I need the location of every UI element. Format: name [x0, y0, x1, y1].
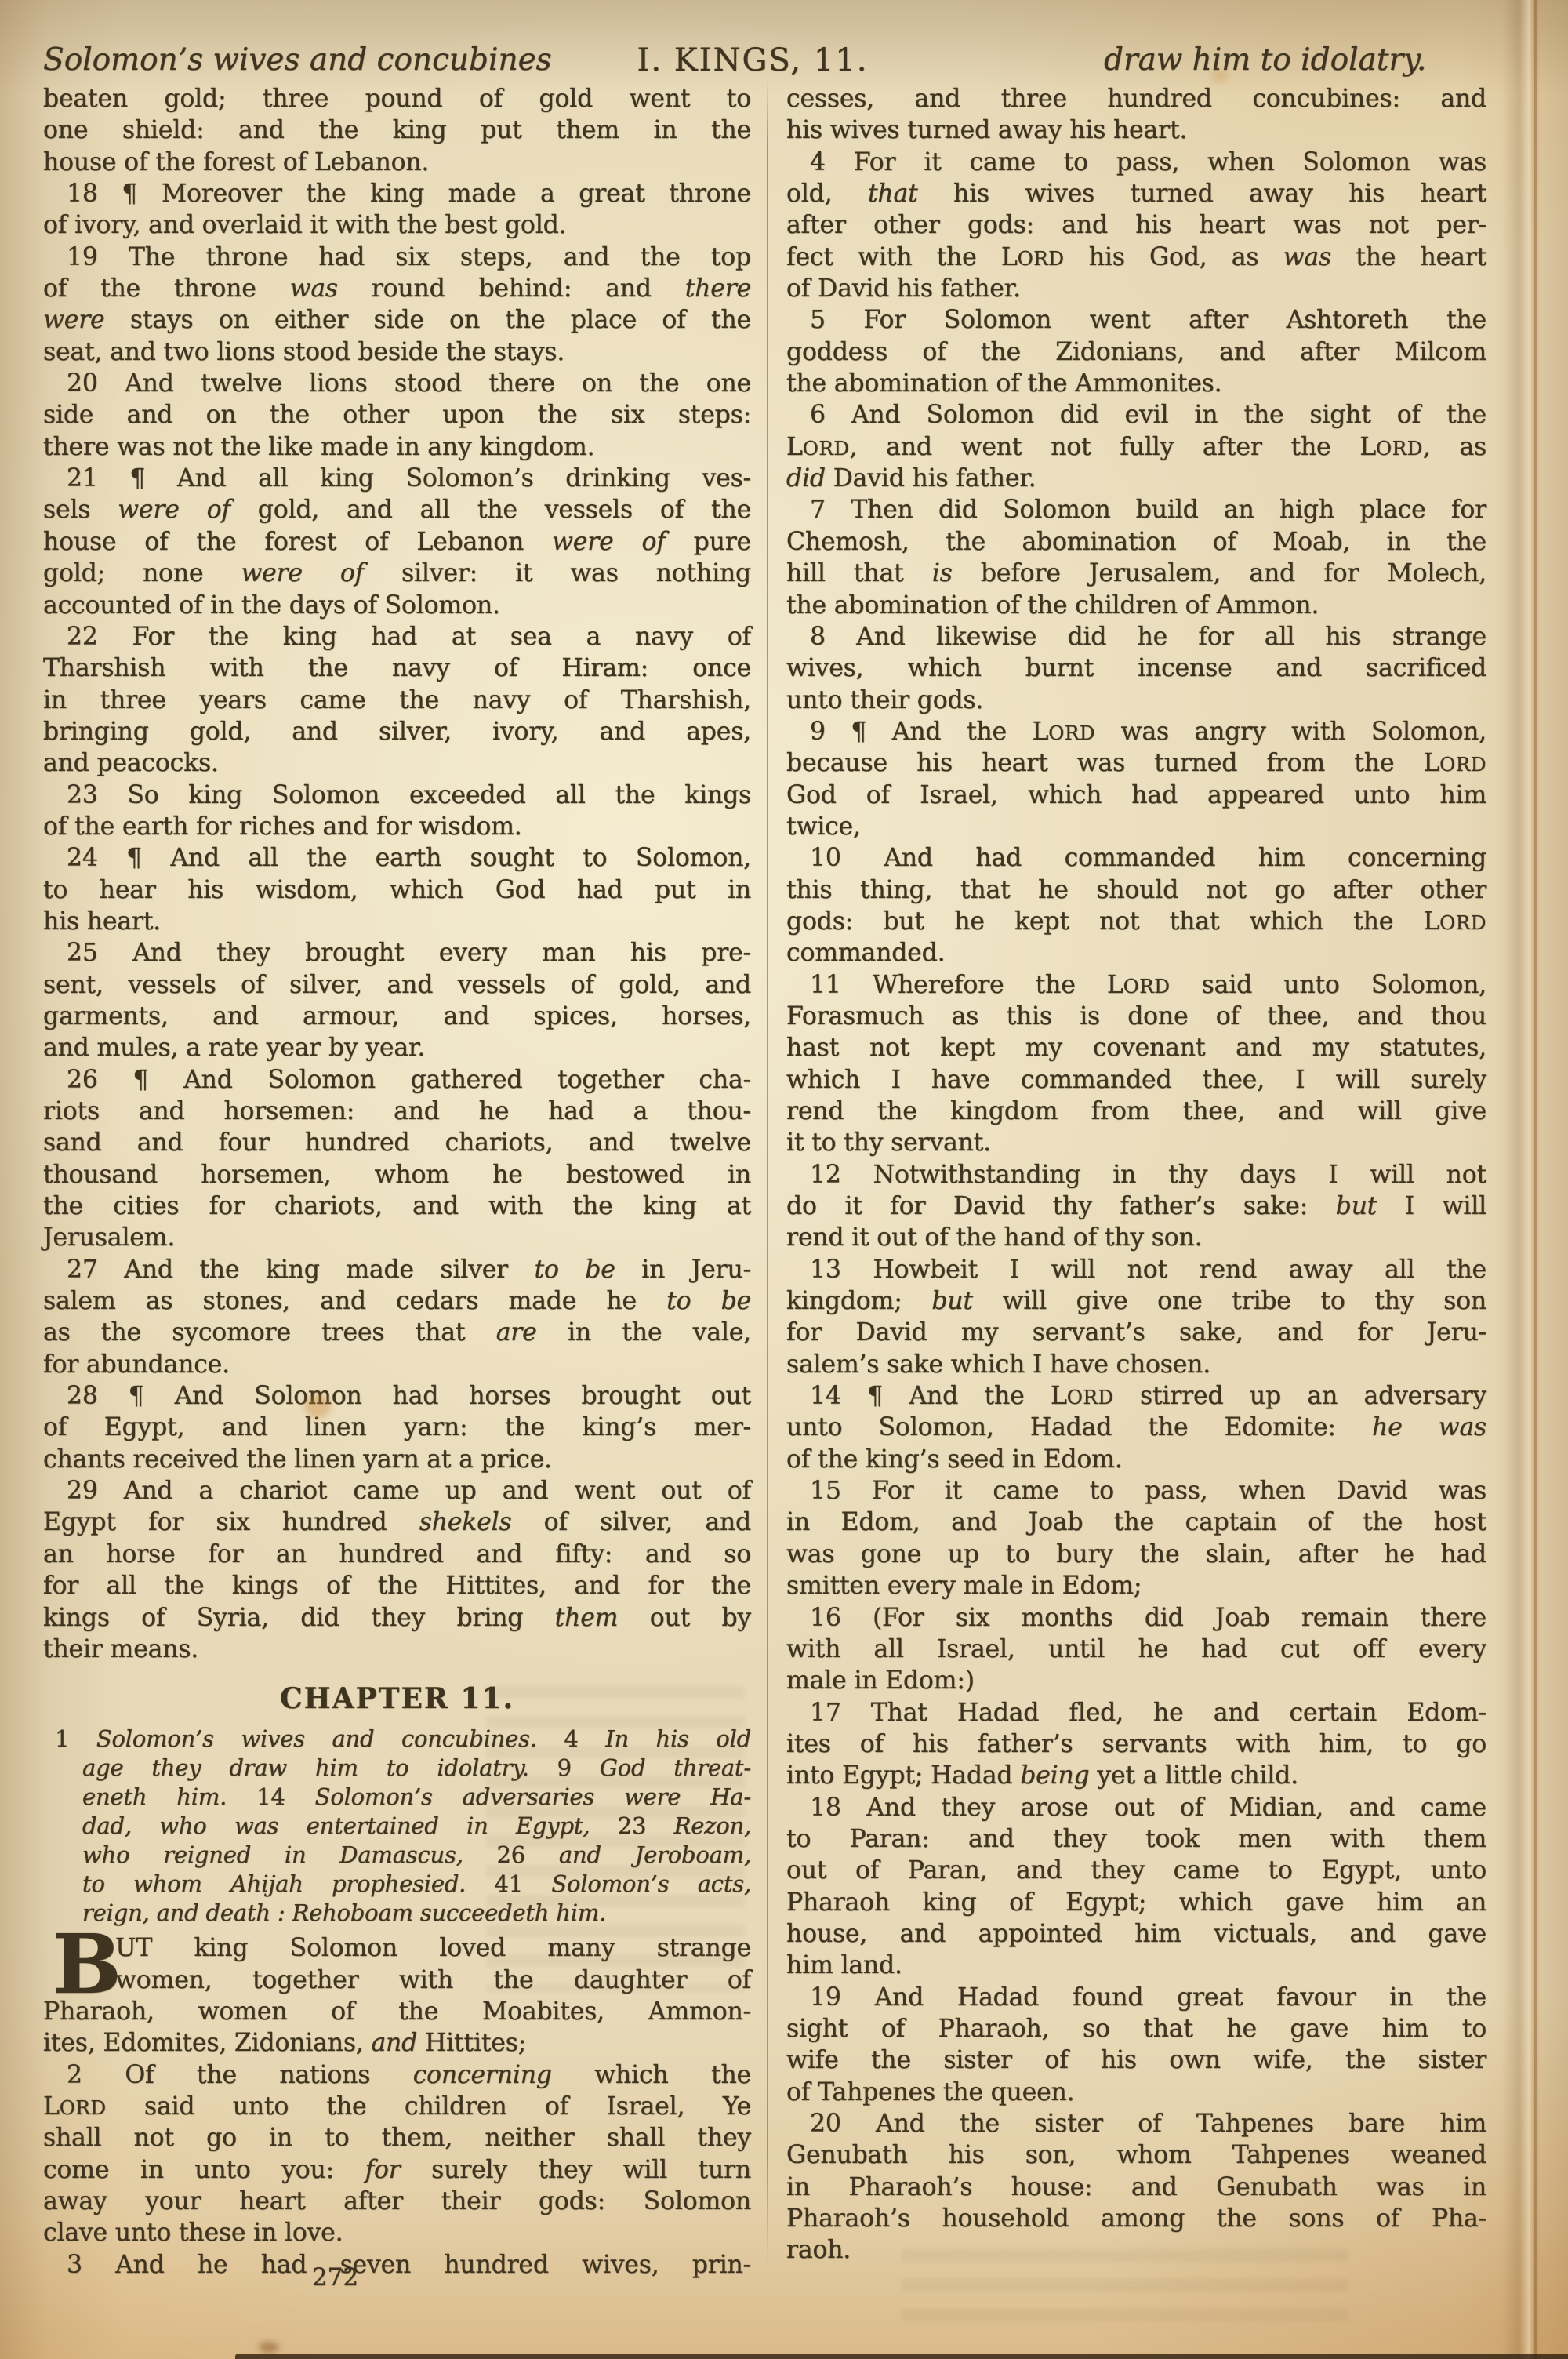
text-line: Pharaoh king of Egypt; which gave him an	[786, 1887, 1486, 1918]
text-line: Pharaoh’s household among the sons of Ph…	[786, 2203, 1486, 2234]
text-line: Tharshish with the navy of Hiram: once	[43, 652, 751, 684]
text-line: rend it out of the hand of thy son.	[786, 1222, 1486, 1253]
text-line: chants received the linen yarn at a pric…	[43, 1444, 751, 1475]
text-line: house, and appointed him victuals, and g…	[786, 1918, 1486, 1950]
text-line: out of Paran, and they came to Egypt, un…	[786, 1855, 1486, 1886]
text-line: 21 ¶ And all king Solomon’s drinking ves…	[43, 463, 751, 494]
text-line: into Egypt; Hadad being yet a little chi…	[786, 1760, 1486, 1791]
text-line: his heart.	[43, 906, 751, 937]
running-head-title: I. KINGS, 11.	[596, 42, 909, 83]
text-line: sels were of gold, and all the vessels o…	[43, 494, 751, 525]
text-line: seat, and two lions stood beside the sta…	[43, 336, 751, 368]
text-line: Chemosh, the abomination of Moab, in the	[786, 526, 1486, 558]
text-line: 26 ¶ And Solomon gathered together cha-	[43, 1064, 751, 1096]
text-line: cesses, and three hundred concubines: an…	[786, 83, 1486, 114]
text-line: his wives turned away his heart.	[786, 114, 1486, 146]
text-line: sent, vessels of silver, and vessels of …	[43, 969, 751, 1001]
text-line: shall not go in to them, neither shall t…	[43, 2122, 751, 2154]
text-line: side and on the other upon the six steps…	[43, 399, 751, 431]
text-line: of the throne was round behind: and ther…	[43, 273, 751, 304]
text-line: Forasmuch as this is done of thee, and t…	[786, 1001, 1486, 1032]
opening-paragraph-lines: UT king Solomon loved many strangewomen,…	[43, 1932, 751, 2281]
text-line: it to thy servant.	[786, 1127, 1486, 1158]
text-line: one shield: and the king put them in the	[43, 114, 751, 146]
text-line: 20 And twelve lions stood there on the o…	[43, 368, 751, 399]
text-line: to whom Ahijah prophesied. 41 Solomon’s …	[43, 1870, 751, 1899]
scan-bottom-shadow	[235, 2354, 1568, 2359]
text-line: old, that his wives turned away his hear…	[786, 178, 1486, 209]
text-line: house of the forest of Lebanon were of p…	[43, 526, 751, 558]
text-line: 2 Of the nations concerning which the	[43, 2059, 751, 2091]
right-column-verses: cesses, and three hundred concubines: an…	[786, 83, 1486, 2266]
text-line: smitten every male in Edom;	[786, 1570, 1486, 1601]
page-number: 272	[157, 2263, 514, 2292]
text-line: 15 For it came to pass, when David was	[786, 1475, 1486, 1507]
left-column: beaten gold; three pound of gold went to…	[43, 83, 751, 2281]
text-line: 4 For it came to pass, when Solomon was	[786, 147, 1486, 178]
chapter-summary: 1 Solomon’s wives and concubines. 4 In h…	[43, 1725, 751, 1928]
text-line: come in unto you: for surely they will t…	[43, 2154, 751, 2186]
text-line: of Egypt, and linen yarn: the king’s mer…	[43, 1412, 751, 1443]
text-line: as the sycomore trees that are in the va…	[43, 1317, 751, 1348]
text-line: to Paran: and they took men with them	[786, 1823, 1486, 1855]
text-line: in three years came the navy of Tharshis…	[43, 685, 751, 716]
text-line: wife the sister of his own wife, the sis…	[786, 2045, 1486, 2076]
text-line: the abomination of the children of Ammon…	[786, 590, 1486, 621]
text-line: kingdom; but will give one tribe to thy …	[786, 1285, 1486, 1317]
text-line: of the earth for riches and for wisdom.	[43, 811, 751, 842]
text-line: who reigned in Damascus, 26 and Jeroboam…	[43, 1841, 751, 1870]
text-line: 18 And they arose out of Midian, and cam…	[786, 1792, 1486, 1823]
text-line: 13 Howbeit I will not rend away all the	[786, 1254, 1486, 1285]
text-line: 20 And the sister of Tahpenes bare him	[786, 2108, 1486, 2139]
text-line: 23 So king Solomon exceeded all the king…	[43, 780, 751, 811]
text-line: an horse for an hundred and fifty: and s…	[43, 1539, 751, 1570]
text-line: 17 That Hadad fled, he and certain Edom-	[786, 1697, 1486, 1728]
text-line: beaten gold; three pound of gold went to	[43, 83, 751, 114]
text-line: after other gods: and his heart was not …	[786, 209, 1486, 241]
text-line: 16 (For six months did Joab remain there	[786, 1602, 1486, 1634]
text-line: of Tahpenes the queen.	[786, 2077, 1486, 2108]
text-line: and mules, a rate year by year.	[43, 1032, 751, 1063]
text-line: dad, who was entertained in Egypt, 23 Re…	[43, 1812, 751, 1841]
text-line: house of the forest of Lebanon.	[43, 147, 751, 178]
text-line: 24 ¶ And all the earth sought to Solomon…	[43, 842, 751, 874]
left-column-verses: beaten gold; three pound of gold went to…	[43, 83, 751, 1665]
text-line: Pharaoh, women of the Moabites, Ammon-	[43, 1996, 751, 2027]
text-line: riots and horsemen: and he had a thou-	[43, 1096, 751, 1127]
text-line: 11 Wherefore the LORD said unto Solomon,	[786, 969, 1486, 1001]
column-divider-rule	[767, 78, 768, 2266]
text-line: commanded.	[786, 937, 1486, 969]
text-line: and peacocks.	[43, 747, 751, 779]
text-line: unto their gods.	[786, 685, 1486, 716]
text-line: hill that is before Jerusalem, and for M…	[786, 558, 1486, 589]
text-line: accounted of in the days of Solomon.	[43, 590, 751, 621]
text-line: gods: but he kept not that which the LOR…	[786, 906, 1486, 937]
page-edge-line	[1534, 0, 1537, 2359]
text-line: raoh.	[786, 2234, 1486, 2266]
text-line: hast not kept my covenant and my statute…	[786, 1032, 1486, 1063]
text-line: kings of Syria, did they bring them out …	[43, 1602, 751, 1634]
text-line: bringing gold, and silver, ivory, and ap…	[43, 716, 751, 747]
text-line: of ivory, and overlaid it with the best …	[43, 209, 751, 241]
text-line: thousand horsemen, whom he bestowed in	[43, 1159, 751, 1190]
text-line: which I have commanded thee, I will sure…	[786, 1064, 1486, 1096]
text-line: in Edom, and Joab the captain of the hos…	[786, 1507, 1486, 1538]
paper-stain	[259, 2342, 279, 2353]
text-line: wives, which burnt incense and sacrifice…	[786, 652, 1486, 684]
text-line: garments, and armour, and spices, horses…	[43, 1001, 751, 1032]
text-line: the cities for chariots, and with the ki…	[43, 1190, 751, 1222]
text-line: 18 ¶ Moreover the king made a great thro…	[43, 178, 751, 209]
text-line: ites of his father’s servants with him, …	[786, 1728, 1486, 1760]
text-line: age they draw him to idolatry. 9 God thr…	[43, 1754, 751, 1783]
text-line: 22 For the king had at sea a navy of	[43, 621, 751, 652]
text-line: was gone up to bury the slain, after he …	[786, 1539, 1486, 1570]
text-line: did David his father.	[786, 463, 1486, 494]
text-line: the abomination of the Ammonites.	[786, 368, 1486, 399]
text-line: 19 The throne had six steps, and the top	[43, 242, 751, 273]
text-line: women, together with the daughter of	[43, 1965, 751, 1996]
text-line: this thing, that he should not go after …	[786, 874, 1486, 906]
scanned-bible-page: Solomon’s wives and concubines I. KINGS,…	[0, 0, 1568, 2359]
text-line: UT king Solomon loved many strange	[43, 1932, 751, 1964]
text-line: away your heart after their gods: Solomo…	[43, 2186, 751, 2217]
text-line: 5 For Solomon went after Ashtoreth the	[786, 304, 1486, 336]
text-line: there was not the like made in any kingd…	[43, 431, 751, 463]
text-line: 1 Solomon’s wives and concubines. 4 In h…	[43, 1725, 751, 1754]
text-line: of David his father.	[786, 273, 1486, 304]
text-line: him land.	[786, 1950, 1486, 1981]
drop-cap-letter: B	[53, 1931, 122, 1998]
text-line: 7 Then did Solomon build an high place f…	[786, 494, 1486, 525]
text-line: for David my servant’s sake, and for Jer…	[786, 1317, 1486, 1348]
running-head-right: draw him to idolatry.	[1104, 42, 1426, 83]
text-line: reign, and death : Rehoboam succeedeth h…	[43, 1899, 751, 1928]
text-line: God of Israel, which had appeared unto h…	[786, 780, 1486, 811]
text-line: twice,	[786, 811, 1486, 842]
running-head-left: Solomon’s wives and concubines	[43, 42, 552, 83]
right-column: cesses, and three hundred concubines: an…	[786, 83, 1486, 2266]
chapter-opening-paragraph: B UT king Solomon loved many strangewome…	[43, 1932, 751, 2281]
text-line: were stays on either side on the place o…	[43, 304, 751, 336]
text-line: sand and four hundred chariots, and twel…	[43, 1127, 751, 1158]
text-line: 12 Notwithstanding in thy days I will no…	[786, 1159, 1486, 1190]
text-line: of the king’s seed in Edom.	[786, 1444, 1486, 1475]
text-line: 29 And a chariot came up and went out of	[43, 1475, 751, 1507]
text-line: eneth him. 14 Solomon’s adversaries were…	[43, 1783, 751, 1812]
text-line: fect with the LORD his God, as was the h…	[786, 242, 1486, 273]
text-line: 25 And they brought every man his pre-	[43, 937, 751, 969]
text-line: for all the kings of the Hittites, and f…	[43, 1570, 751, 1601]
text-line: their means.	[43, 1634, 751, 1665]
text-line: with all Israel, until he had cut off ev…	[786, 1634, 1486, 1665]
text-line: 8 And likewise did he for all his strang…	[786, 621, 1486, 652]
text-line: unto Solomon, Hadad the Edomite: he was	[786, 1412, 1486, 1443]
text-line: 6 And Solomon did evil in the sight of t…	[786, 399, 1486, 431]
text-line: for abundance.	[43, 1349, 751, 1380]
text-line: 19 And Hadad found great favour in the	[786, 1982, 1486, 2013]
text-line: gold; none were of silver: it was nothin…	[43, 558, 751, 589]
text-line: because his heart was turned from the LO…	[786, 747, 1486, 779]
text-line: in Pharaoh’s house: and Genubath was in	[786, 2172, 1486, 2203]
text-line: 9 ¶ And the LORD was angry with Solomon,	[786, 716, 1486, 747]
text-line: LORD, and went not fully after the LORD,…	[786, 431, 1486, 463]
text-line: do it for David thy father’s sake: but I…	[786, 1190, 1486, 1222]
text-line: salem’s sake which I have chosen.	[786, 1349, 1486, 1380]
text-line: Egypt for six hundred shekels of silver,…	[43, 1507, 751, 1538]
text-line: 28 ¶ And Solomon had horses brought out	[43, 1380, 751, 1412]
text-line: rend the kingdom from thee, and will giv…	[786, 1096, 1486, 1127]
text-line: ites, Edomites, Zidonians, and Hittites;	[43, 2027, 751, 2059]
text-line: Jerusalem.	[43, 1222, 751, 1253]
chapter-heading: CHAPTER 11.	[43, 1681, 751, 1717]
text-line: 14 ¶ And the LORD stirred up an adversar…	[786, 1380, 1486, 1412]
text-line: 27 And the king made silver to be in Jer…	[43, 1254, 751, 1285]
text-line: sight of Pharaoh, so that he gave him to	[786, 2013, 1486, 2045]
text-line: clave unto these in love.	[43, 2217, 751, 2248]
text-line: salem as stones, and cedars made he to b…	[43, 1285, 751, 1317]
text-line: goddess of the Zidonians, and after Milc…	[786, 336, 1486, 368]
text-line: to hear his wisdom, which God had put in	[43, 874, 751, 906]
text-line: male in Edom:)	[786, 1665, 1486, 1696]
text-line: LORD said unto the children of Israel, Y…	[43, 2091, 751, 2122]
text-line: Genubath his son, whom Tahpenes weaned	[786, 2139, 1486, 2171]
text-line: 10 And had commanded him concerning	[786, 842, 1486, 874]
